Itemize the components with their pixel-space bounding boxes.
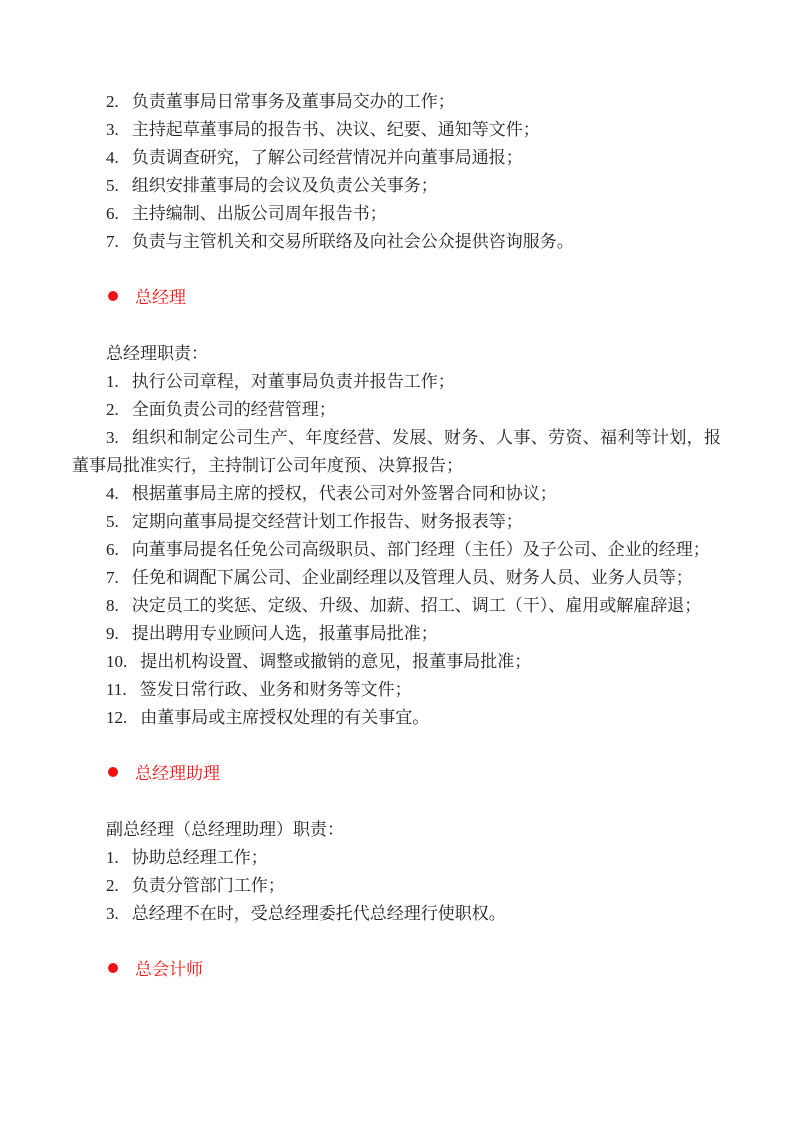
sections: 总经理 总经理职责： 1.执行公司章程，对董事局负责并报告工作； 2.全面负责公… bbox=[72, 284, 721, 984]
list-item: 3.总经理不在时，受总经理委托代总经理行使职权。 bbox=[72, 900, 721, 928]
item-number: 2. bbox=[106, 92, 119, 111]
item-text: 协助总经理工作； bbox=[132, 848, 268, 867]
item-number: 3. bbox=[106, 904, 119, 923]
list-item: 4.负责调查研究，了解公司经营情况并向董事局通报； bbox=[72, 144, 721, 172]
list-item: 8.决定员工的奖惩、定级、升级、加薪、招工、调工（干）、雇用或解雇辞退； bbox=[72, 592, 721, 620]
list-item: 11.签发日常行政、业务和财务等文件； bbox=[72, 676, 721, 704]
item-text: 签发日常行政、业务和财务等文件； bbox=[140, 680, 412, 699]
bullet-icon bbox=[108, 963, 118, 973]
item-text: 定期向董事局提交经营计划工作报告、财务报表等； bbox=[132, 512, 523, 531]
section-intro: 副总经理（总经理助理）职责： bbox=[72, 816, 721, 844]
bullet-icon bbox=[108, 767, 118, 777]
item-text: 提出机构设置、调整或撤销的意见，报董事局批准； bbox=[140, 652, 531, 671]
item-text: 执行公司章程，对董事局负责并报告工作； bbox=[132, 372, 455, 391]
intro-list: 2.负责董事局日常事务及董事局交办的工作； 3.主持起草董事局的报告书、决议、纪… bbox=[72, 88, 721, 256]
item-text: 根据董事局主席的授权，代表公司对外签署合同和协议； bbox=[132, 484, 557, 503]
section-heading: 总经理 bbox=[72, 284, 721, 312]
item-number: 3. bbox=[106, 120, 119, 139]
list-item: 6.向董事局提名任免公司高级职员、部门经理（主任）及子公司、企业的经理； bbox=[72, 536, 721, 564]
item-text: 任免和调配下属公司、企业副经理以及管理人员、财务人员、业务人员等； bbox=[132, 568, 693, 587]
list-item: 9.提出聘用专业顾问人选，报董事局批准； bbox=[72, 620, 721, 648]
item-number: 8. bbox=[106, 596, 119, 615]
list-item: 1.协助总经理工作； bbox=[72, 844, 721, 872]
list-item: 12.由董事局或主席授权处理的有关事宜。 bbox=[72, 704, 721, 732]
item-number: 1. bbox=[106, 848, 119, 867]
section: 总经理 总经理职责： 1.执行公司章程，对董事局负责并报告工作； 2.全面负责公… bbox=[72, 284, 721, 732]
document-page: 2.负责董事局日常事务及董事局交办的工作； 3.主持起草董事局的报告书、决议、纪… bbox=[0, 0, 793, 1122]
section-heading: 总会计师 bbox=[72, 956, 721, 984]
list-item: 1.执行公司章程，对董事局负责并报告工作； bbox=[72, 368, 721, 396]
list-item: 2.负责分管部门工作； bbox=[72, 872, 721, 900]
list-item: 7.负责与主管机关和交易所联络及向社会公众提供咨询服务。 bbox=[72, 228, 721, 256]
bullet-icon bbox=[108, 291, 118, 301]
item-text: 负责调查研究，了解公司经营情况并向董事局通报； bbox=[132, 148, 523, 167]
item-number: 9. bbox=[106, 624, 119, 643]
item-number: 2. bbox=[106, 876, 119, 895]
section-items: 1.执行公司章程，对董事局负责并报告工作； 2.全面负责公司的经营管理； 3.组… bbox=[72, 368, 721, 732]
item-number: 12. bbox=[106, 708, 127, 727]
list-item: 2.全面负责公司的经营管理； bbox=[72, 396, 721, 424]
item-number: 7. bbox=[106, 568, 119, 587]
item-text: 决定员工的奖惩、定级、升级、加薪、招工、调工（干）、雇用或解雇辞退； bbox=[132, 596, 702, 615]
document-content: 2.负责董事局日常事务及董事局交办的工作； 3.主持起草董事局的报告书、决议、纪… bbox=[0, 0, 793, 984]
item-text: 组织和制定公司生产、年度经营、发展、财务、人事、劳资、福利等计划，报董事局批准实… bbox=[72, 428, 721, 475]
item-number: 4. bbox=[106, 148, 119, 167]
item-number: 4. bbox=[106, 484, 119, 503]
item-number: 10. bbox=[106, 652, 127, 671]
section: 总会计师 bbox=[72, 956, 721, 984]
item-text: 向董事局提名任免公司高级职员、部门经理（主任）及子公司、企业的经理； bbox=[132, 540, 710, 559]
item-text: 负责董事局日常事务及董事局交办的工作； bbox=[132, 92, 455, 111]
list-item: 6.主持编制、出版公司周年报告书； bbox=[72, 200, 721, 228]
item-number: 1. bbox=[106, 372, 119, 391]
item-number: 3. bbox=[106, 428, 119, 447]
section-intro: 总经理职责： bbox=[72, 340, 721, 368]
item-text: 总经理不在时，受总经理委托代总经理行使职权。 bbox=[132, 904, 506, 923]
item-text: 由董事局或主席授权处理的有关事宜。 bbox=[140, 708, 429, 727]
section: 总经理助理 副总经理（总经理助理）职责： 1.协助总经理工作； 2.负责分管部门… bbox=[72, 760, 721, 928]
item-number: 5. bbox=[106, 176, 119, 195]
list-item: 10.提出机构设置、调整或撤销的意见，报董事局批准； bbox=[72, 648, 721, 676]
section-heading-text: 总经理 bbox=[135, 288, 186, 307]
item-text: 负责与主管机关和交易所联络及向社会公众提供咨询服务。 bbox=[132, 232, 574, 251]
item-text: 主持起草董事局的报告书、决议、纪要、通知等文件； bbox=[132, 120, 540, 139]
item-number: 6. bbox=[106, 204, 119, 223]
section-heading-text: 总会计师 bbox=[135, 960, 203, 979]
section-heading: 总经理助理 bbox=[72, 760, 721, 788]
item-text: 主持编制、出版公司周年报告书； bbox=[132, 204, 387, 223]
item-text: 提出聘用专业顾问人选，报董事局批准； bbox=[132, 624, 438, 643]
list-item: 2.负责董事局日常事务及董事局交办的工作； bbox=[72, 88, 721, 116]
item-number: 2. bbox=[106, 400, 119, 419]
item-number: 6. bbox=[106, 540, 119, 559]
item-number: 11. bbox=[106, 680, 127, 699]
item-text: 负责分管部门工作； bbox=[132, 876, 285, 895]
list-item: 5.定期向董事局提交经营计划工作报告、财务报表等； bbox=[72, 508, 721, 536]
list-item: 3.组织和制定公司生产、年度经营、发展、财务、人事、劳资、福利等计划，报董事局批… bbox=[72, 424, 721, 480]
list-item: 4.根据董事局主席的授权，代表公司对外签署合同和协议； bbox=[72, 480, 721, 508]
list-item: 5.组织安排董事局的会议及负责公关事务； bbox=[72, 172, 721, 200]
section-items: 1.协助总经理工作； 2.负责分管部门工作； 3.总经理不在时，受总经理委托代总… bbox=[72, 844, 721, 928]
list-item: 3.主持起草董事局的报告书、决议、纪要、通知等文件； bbox=[72, 116, 721, 144]
list-item: 7.任免和调配下属公司、企业副经理以及管理人员、财务人员、业务人员等； bbox=[72, 564, 721, 592]
item-number: 5. bbox=[106, 512, 119, 531]
item-number: 7. bbox=[106, 232, 119, 251]
item-text: 组织安排董事局的会议及负责公关事务； bbox=[132, 176, 438, 195]
section-heading-text: 总经理助理 bbox=[135, 764, 220, 783]
item-text: 全面负责公司的经营管理； bbox=[132, 400, 336, 419]
